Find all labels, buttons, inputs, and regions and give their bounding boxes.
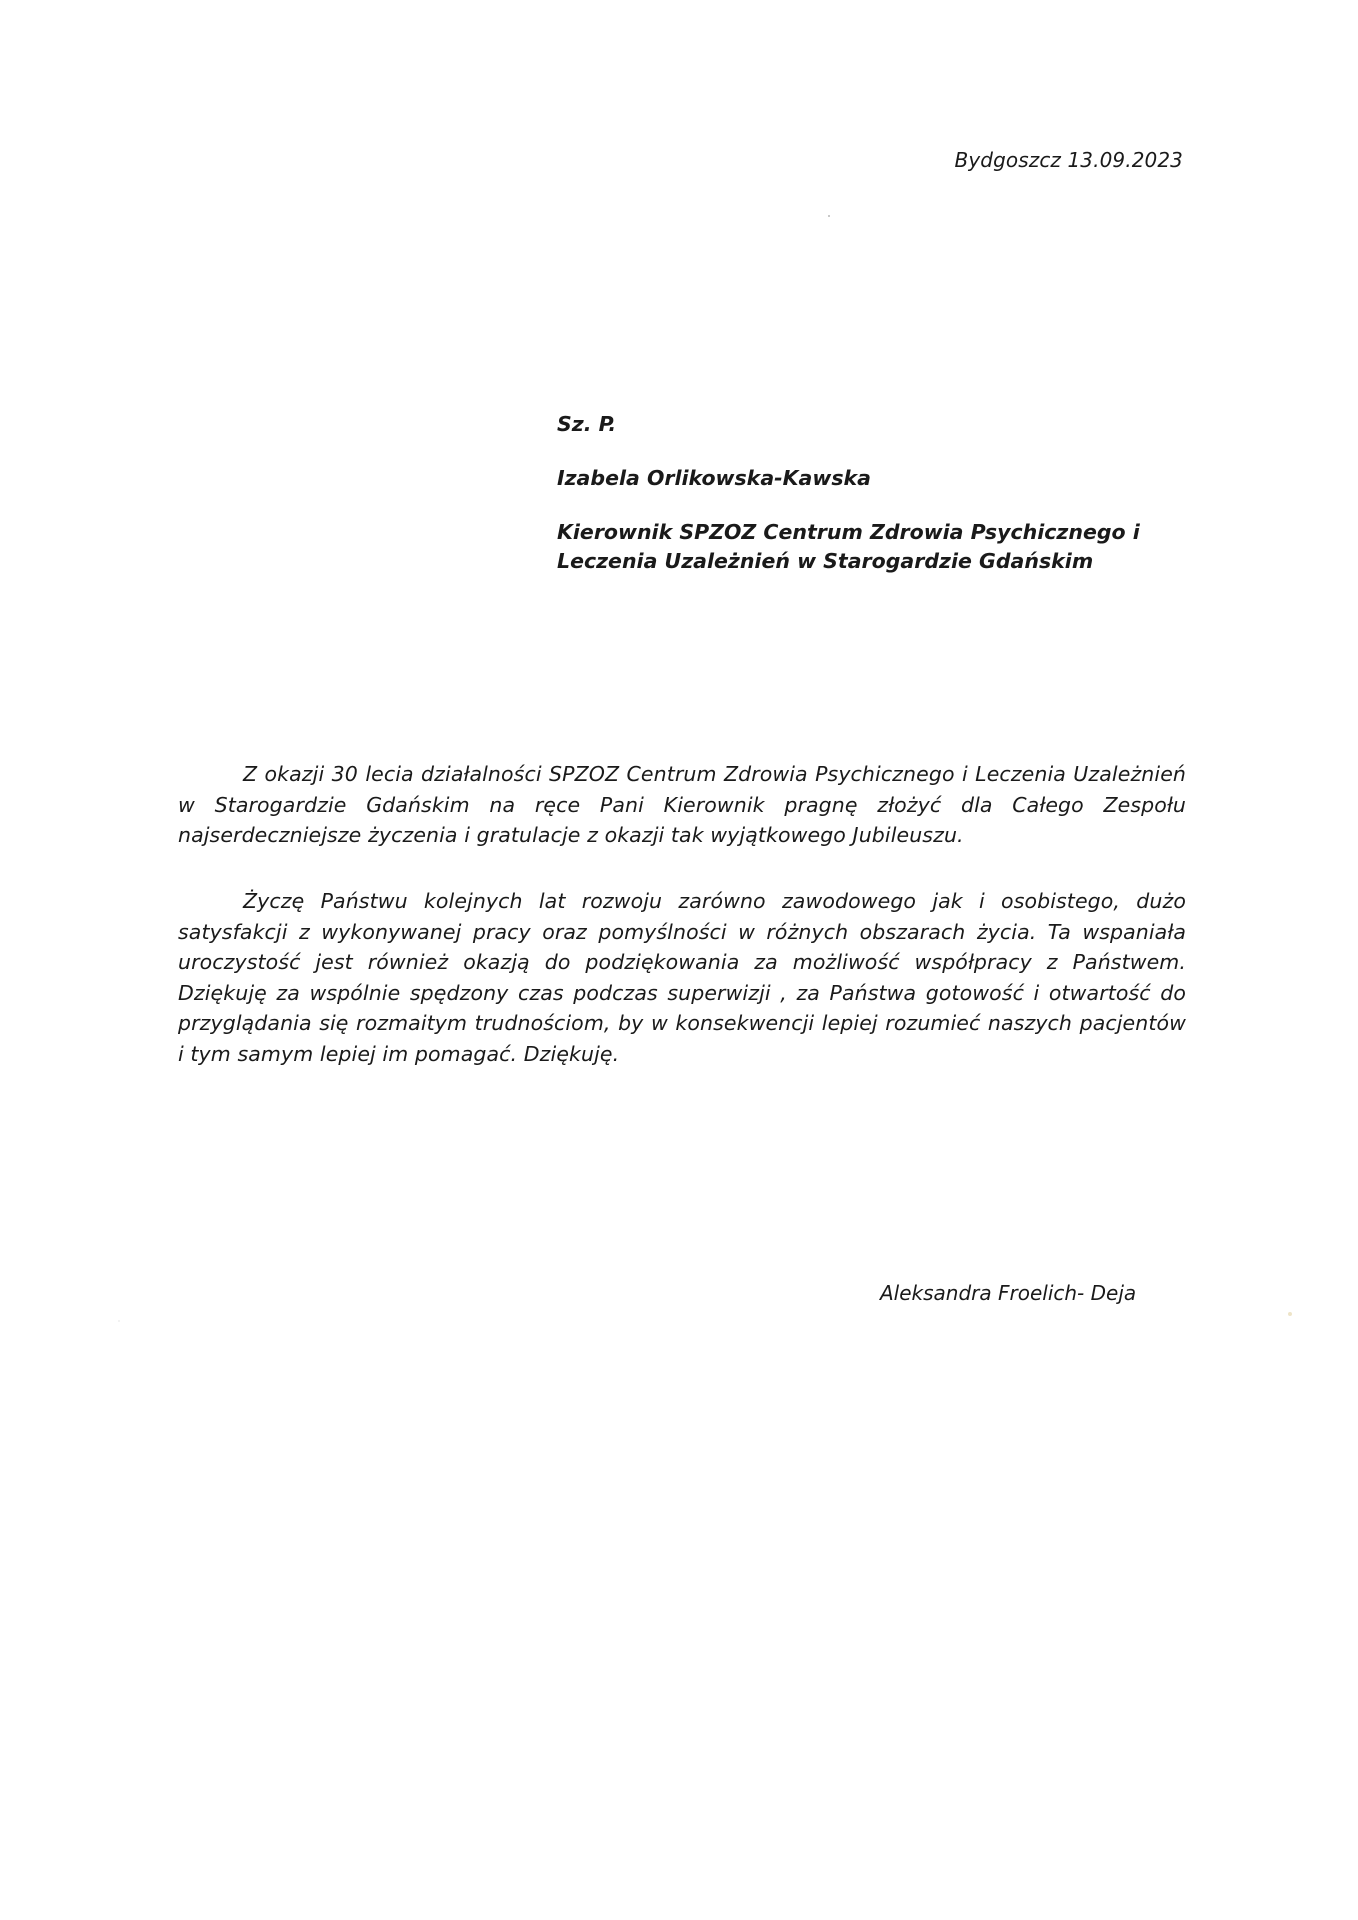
signature: Aleksandra Froelich- Deja	[880, 1281, 1136, 1305]
letter-page: Bydgoszcz 13.09.2023 Sz. P. Izabela Orli…	[0, 0, 1358, 1920]
recipient-salutation: Sz. P.	[557, 410, 1197, 439]
letter-paragraph-2-container: Życzę Państwu kolejnych lat rozwoju zaró…	[178, 886, 1186, 1069]
letter-paragraph-1: Z okazji 30 lecia działalności SPZOZ Cen…	[178, 759, 1186, 851]
recipient-title-line-1: Kierownik SPZOZ Centrum Zdrowia Psychicz…	[557, 518, 1197, 547]
letter-paragraph-2: Życzę Państwu kolejnych lat rozwoju zaró…	[178, 886, 1186, 1069]
scan-speck	[828, 215, 830, 217]
recipient-name: Izabela Orlikowska-Kawska	[557, 464, 1197, 493]
place-and-date: Bydgoszcz 13.09.2023	[955, 148, 1183, 172]
recipient-title-line-2: Leczenia Uzależnień w Starogardzie Gdańs…	[557, 547, 1197, 576]
recipient-block: Sz. P. Izabela Orlikowska-Kawska Kierown…	[557, 410, 1197, 576]
scan-speck	[1288, 1312, 1292, 1316]
letter-paragraph-1-container: Z okazji 30 lecia działalności SPZOZ Cen…	[178, 759, 1186, 851]
scan-speck	[118, 1320, 120, 1322]
